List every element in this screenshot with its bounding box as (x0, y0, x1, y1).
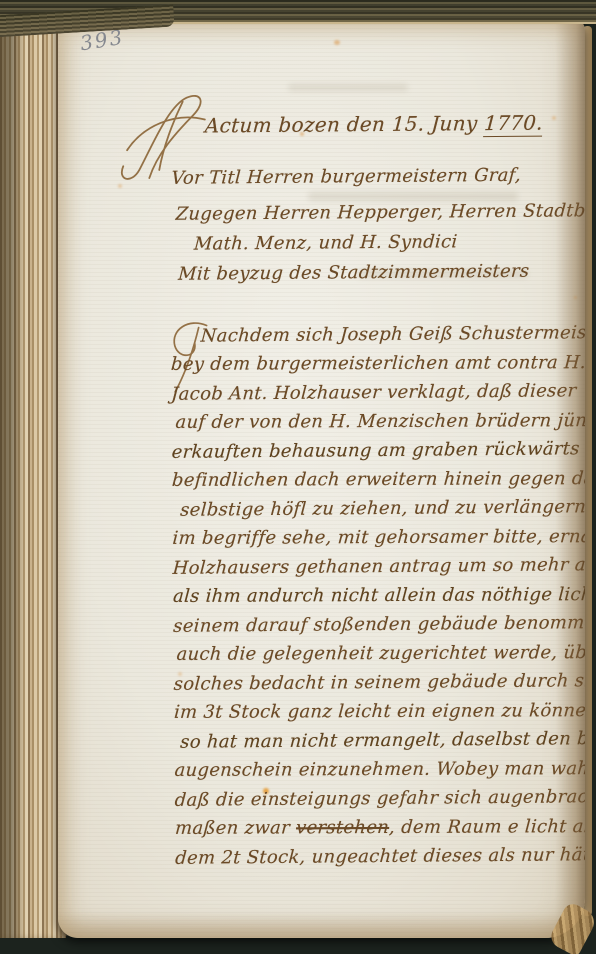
manuscript-text-segment: Actum bozen den 15. Juny (204, 111, 485, 137)
manuscript-line: Mit beyzug des Stadtzimmermeisters (177, 257, 530, 289)
manuscript-line: im 3t Stock ganz leicht ein eignen zu kö… (173, 696, 585, 727)
manuscript-line: Zugegen Herren Hepperger, Herren Stadtba… (175, 196, 585, 229)
page-bottom-shadow (58, 912, 585, 938)
manuscript-text: Actum bozen den 15. Juny 1770.Vor Titl H… (169, 92, 585, 873)
manuscript-line: dem 2t Stock, ungeachtet dieses als nur … (174, 840, 585, 873)
manuscript-line: Actum bozen den 15. Juny 1770. (204, 109, 544, 141)
manuscript-line: so hat man nicht ermangelt, daselbst den… (173, 724, 585, 757)
manuscript-line: Nachdem sich Joseph Geiß Schustermeister… (170, 318, 585, 351)
manuscript-text-segment: maßen zwar (174, 817, 296, 839)
manuscript-line: Math. Menz, und H. Syndici (193, 227, 458, 258)
protocol-body: Nachdem sich Joseph Geiß Schustermeister… (171, 318, 585, 873)
manuscript-line: augenschein einzunehmen. Wobey man wahrn… (174, 754, 585, 785)
manuscript-line: selbstige höfl zu ziehen, und zu verläng… (171, 492, 585, 525)
manuscript-line: auch die gelegenheit zugerichtet werde, … (173, 638, 585, 669)
struck-out-word: verstehen (295, 817, 389, 838)
book-page-edges-left (0, 14, 66, 938)
manuscript-line: bey dem burgermeisterlichen amt contra H… (170, 348, 585, 379)
manuscript-line: solches bedacht in seinem gebäude durch … (173, 666, 585, 699)
page-fold-shadow (555, 20, 585, 938)
manuscript-line: Holzhausers gethanen antrag um so mehr a… (172, 550, 585, 583)
foxing-spot (334, 40, 340, 45)
manuscript-line: daß die einsteigungs gefahr sich augenbr… (174, 782, 585, 815)
manuscript-page: 393 Actum bozen den 15. Juny 1770.Vor Ti… (58, 20, 585, 938)
protocol-header: Actum bozen den 15. Juny 1770.Vor Titl H… (169, 92, 585, 294)
manuscript-line: erkauften behausung am graben rückwärts (171, 434, 585, 467)
foxing-spot (118, 184, 122, 188)
ink-bleedthrough (288, 84, 408, 91)
manuscript-line: Vor Titl Herren burgermeistern Graf, (170, 161, 522, 193)
manuscript-line: als ihm andurch nicht allein das nöthige… (172, 580, 585, 611)
scanned-book-photo: 393 Actum bozen den 15. Juny 1770.Vor Ti… (0, 0, 596, 954)
manuscript-line: Jacob Ant. Holzhauser verklagt, daß dies… (170, 376, 585, 409)
underlined-date: 1770. (483, 111, 543, 138)
manuscript-line: seinem darauf stoßenden gebäude benommen… (172, 608, 585, 641)
manuscript-line: im begriffe sehe, mit gehorsamer bitte, … (172, 522, 585, 553)
manuscript-line: maßen zwar verstehen, dem Raum e licht a… (174, 812, 585, 843)
manuscript-line: befindlichen dach erweitern hinein gegen… (171, 464, 585, 495)
manuscript-line: auf der von den H. Menzischen brüdern jü… (171, 406, 585, 437)
